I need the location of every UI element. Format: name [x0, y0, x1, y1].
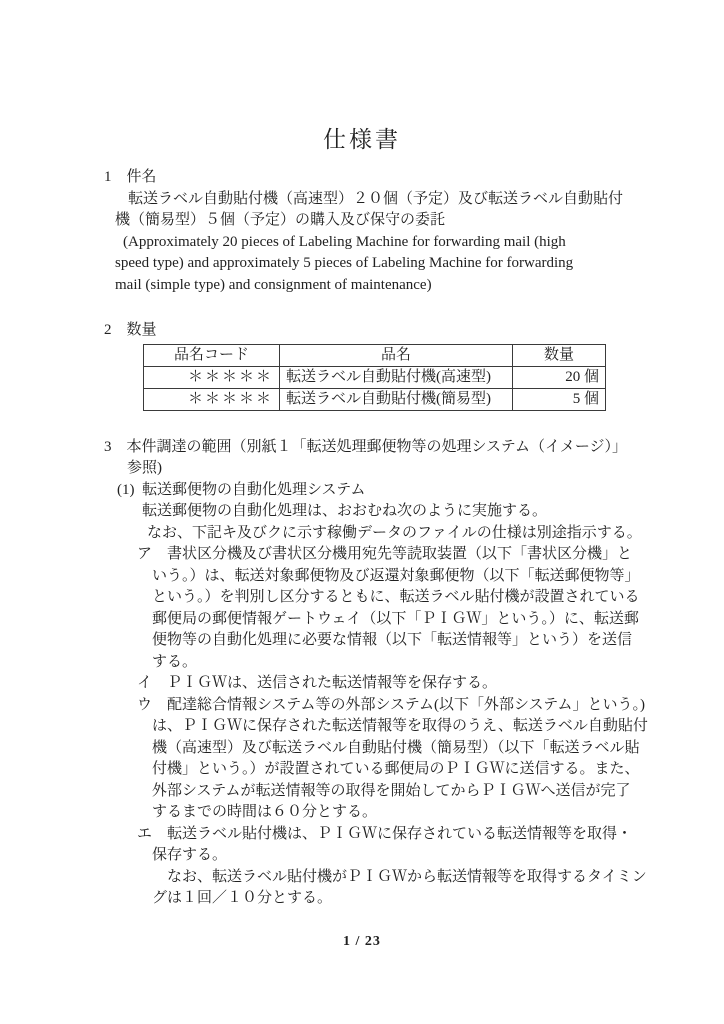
item-quantity-cell: 20 個 [513, 366, 606, 388]
item1-label-line: (1) 転送郵便物の自動化処理システム [0, 480, 724, 502]
table-row: ＊＊＊＊＊ 転送ラベル自動貼付機(簡易型) 5 個 [144, 388, 606, 410]
subject-english-line: speed type) and approximately 5 pieces o… [0, 253, 724, 275]
para-a-line: 便物等の自動化処理に必要な情報（以下「転送情報等」という）を送信 [0, 630, 724, 652]
item1-intro-line: 転送郵便物の自動化処理は、おおむね次のように実施する。 [0, 501, 724, 523]
col-header-item-code: 品名コード [144, 344, 280, 366]
para-u-line: するまでの時間は６０分とする。 [0, 802, 724, 824]
section1-heading: 1 件名 [0, 167, 724, 189]
para-u-line: ウ 配達総合情報システム等の外部システム(以下「外部システム」という。) [0, 695, 724, 717]
para-u-line: は、ＰＩＧＷに保存された転送情報等を取得のうえ、転送ラベル自動貼付 [0, 716, 724, 738]
subject-line: 転送ラベル自動貼付機（高速型）２０個（予定）及び転送ラベル自動貼付 [0, 189, 724, 211]
item1-intro-line: なお、下記キ及びクに示す稼働データのファイルの仕様は別途指示する。 [0, 523, 724, 545]
para-u-line: 付機」という。）が設置されている郵便局のＰＩＧＷに送信する。また、 [0, 759, 724, 781]
section2-heading: 2 数量 [0, 320, 724, 342]
item-name-cell: 転送ラベル自動貼付機(簡易型) [280, 388, 513, 410]
item-code-cell: ＊＊＊＊＊ [144, 388, 280, 410]
table-header-row: 品名コード 品名 数量 [144, 344, 606, 366]
para-u-line: 外部システムが転送情報等の取得を開始してからＰＩＧＷへ送信が完了 [0, 781, 724, 803]
subject-english-line: mail (simple type) and consignment of ma… [0, 275, 724, 297]
para-u-line: 機（高速型）及び転送ラベル自動貼付機（簡易型）（以下「転送ラベル貼 [0, 738, 724, 760]
item-name-cell: 転送ラベル自動貼付機(高速型) [280, 366, 513, 388]
para-a-line: という。）を判別し区分するともに、転送ラベル貼付機が設置されている [0, 587, 724, 609]
para-e-line: 保存する。 [0, 845, 724, 867]
para-a-line: する。 [0, 652, 724, 674]
section3-heading-line: 3 本件調達の範囲（別紙１「転送処理郵便物等の処理システム（イメージ）」 [0, 437, 724, 459]
quantity-table: 品名コード 品名 数量 ＊＊＊＊＊ 転送ラベル自動貼付機(高速型) 20 個 ＊… [143, 344, 606, 411]
item-quantity-cell: 5 個 [513, 388, 606, 410]
item-code-cell: ＊＊＊＊＊ [144, 366, 280, 388]
para-e-line: グは１回／１０分とする。 [0, 888, 724, 910]
spec-document-page: 仕様書 1 件名 転送ラベル自動貼付機（高速型）２０個（予定）及び転送ラベル自動… [0, 0, 724, 1024]
col-header-item-name: 品名 [280, 344, 513, 366]
table-row: ＊＊＊＊＊ 転送ラベル自動貼付機(高速型) 20 個 [144, 366, 606, 388]
col-header-quantity: 数量 [513, 344, 606, 366]
page-number: 1 / 23 [0, 931, 724, 953]
para-a-line: ア 書状区分機及び書状区分機用宛先等読取装置（以下「書状区分機」と [0, 544, 724, 566]
subject-english-line: (Approximately 20 pieces of Labeling Mac… [0, 232, 724, 254]
document-title: 仕様書 [0, 126, 724, 154]
para-a-line: 郵便局の郵便情報ゲートウェイ（以下「ＰＩＧＷ」という。）に、転送郵 [0, 609, 724, 631]
para-e-line: なお、転送ラベル貼付機がＰＩＧＷから転送情報等を取得するタイミン [0, 867, 724, 889]
para-a-line: いう。）は、転送対象郵便物及び返還対象郵便物（以下「転送郵便物等」 [0, 566, 724, 588]
section3-heading-line: 参照) [0, 458, 724, 480]
subject-line: 機（簡易型）５個（予定）の購入及び保守の委託 [0, 210, 724, 232]
para-e-line: エ 転送ラベル貼付機は、ＰＩＧＷに保存されている転送情報等を取得・ [0, 824, 724, 846]
para-i-line: イ ＰＩＧＷは、送信された転送情報等を保存する。 [0, 673, 724, 695]
